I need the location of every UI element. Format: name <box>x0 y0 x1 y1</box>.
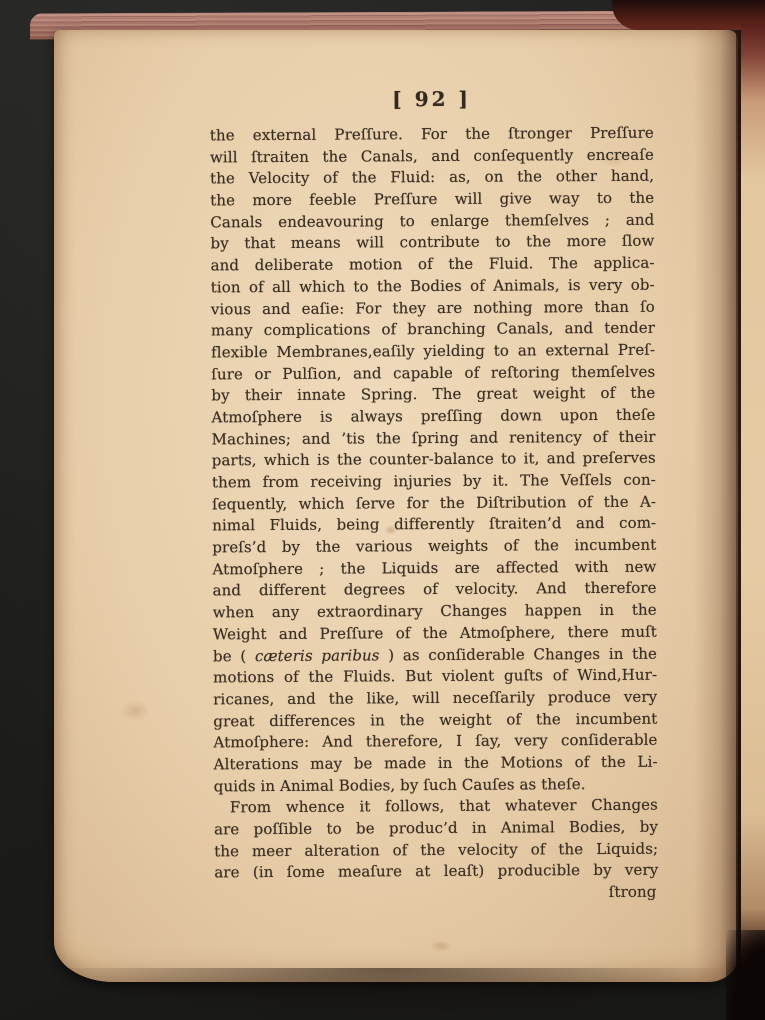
photographed-book-scan: { "page": { "page_number": "[ 92 ]", "ca… <box>0 0 765 1020</box>
text-segment: ) as conſiderable Changes in the <box>379 644 657 664</box>
text-line: them from receiving injuries by it. The … <box>212 470 656 494</box>
text-line: and deliberate motion of the Fluid. The … <box>211 253 655 277</box>
text-line: and different degrees of velocity. And t… <box>213 578 657 602</box>
text-line: the Velocity of the Fluid: as, on the ot… <box>210 166 654 190</box>
facing-page-edge <box>741 24 765 986</box>
book-fore-edge-page-stack <box>14 26 58 984</box>
text-line-with-latin-phrase: be ( cæteris paribus ) as conſiderable C… <box>213 643 657 667</box>
text-line-paragraph-start: From whence it follows, that whatever Ch… <box>214 795 658 819</box>
text-line: Alterations may be made in the Motions o… <box>214 752 658 776</box>
page-bottom-shadow <box>40 968 740 1020</box>
text-line: the meer alteration of the velocity of t… <box>214 838 658 862</box>
text-line: Machines; and ’tis the ſpring and renite… <box>212 426 656 450</box>
text-line: are (in ſome meaſure at leaſt) producibl… <box>214 860 658 884</box>
text-line: by their innate Spring. The great weight… <box>211 383 655 407</box>
text-segment: be ( <box>213 647 255 665</box>
text-line: Atmoſphere ; the Liquids are affected wi… <box>212 556 656 580</box>
text-line: ſequently, which ſerve for the Diſtribut… <box>212 491 656 515</box>
text-line: ſure or Pulſion, and capable of reſtorin… <box>211 361 655 385</box>
page-number: [ 92 ] <box>210 85 654 114</box>
gutter-shadow <box>694 30 740 982</box>
latin-italic-phrase: cæteris paribus <box>255 646 380 665</box>
text-line: parts, which is the counter-balance to i… <box>212 448 656 472</box>
text-line: nimal Fluids, being differently ſtraiten… <box>212 513 656 537</box>
text-line: will ſtraiten the Canals, and conſequent… <box>210 144 654 168</box>
text-line: quids in Animal Bodies, by ſuch Cauſes a… <box>214 773 658 797</box>
text-line: are poſſible to be produc’d in Animal Bo… <box>214 817 658 841</box>
text-line: motions of the Fluids. But violent guſts… <box>213 665 657 689</box>
text-line: great differences in the weight of the i… <box>213 708 657 732</box>
text-line: the external Preſſure. For the ſtronger … <box>210 123 654 147</box>
text-line: tion of all which to the Bodies of Anima… <box>211 274 655 298</box>
text-block: [ 92 ] the external Preſſure. For the ſt… <box>210 85 659 906</box>
text-line: Weight and Preſſure of the Atmoſphere, t… <box>213 621 657 645</box>
text-line: by that means will contribute to the mor… <box>210 231 654 255</box>
text-line: Canals endeavouring to enlarge themſelve… <box>210 209 654 233</box>
text-line: flexible Membranes,eaſily yielding to an… <box>211 340 655 364</box>
text-line: Atmoſphere: And therefore, I ſay, very c… <box>213 730 657 754</box>
text-line: the more feeble Preſſure will give way t… <box>210 188 654 212</box>
text-line: Atmoſphere is always preſſing down upon … <box>211 405 655 429</box>
text-line: ricanes, and the like, will neceſſarily … <box>213 687 657 711</box>
text-line: preſs’d by the various weights of the in… <box>212 535 656 559</box>
text-line: many complications of branching Canals, … <box>211 318 655 342</box>
catchword: ſtrong <box>214 882 658 906</box>
text-line: when any extraordinary Changes happen in… <box>213 600 657 624</box>
text-line: vious and eaſie: For they are nothing mo… <box>211 296 655 320</box>
